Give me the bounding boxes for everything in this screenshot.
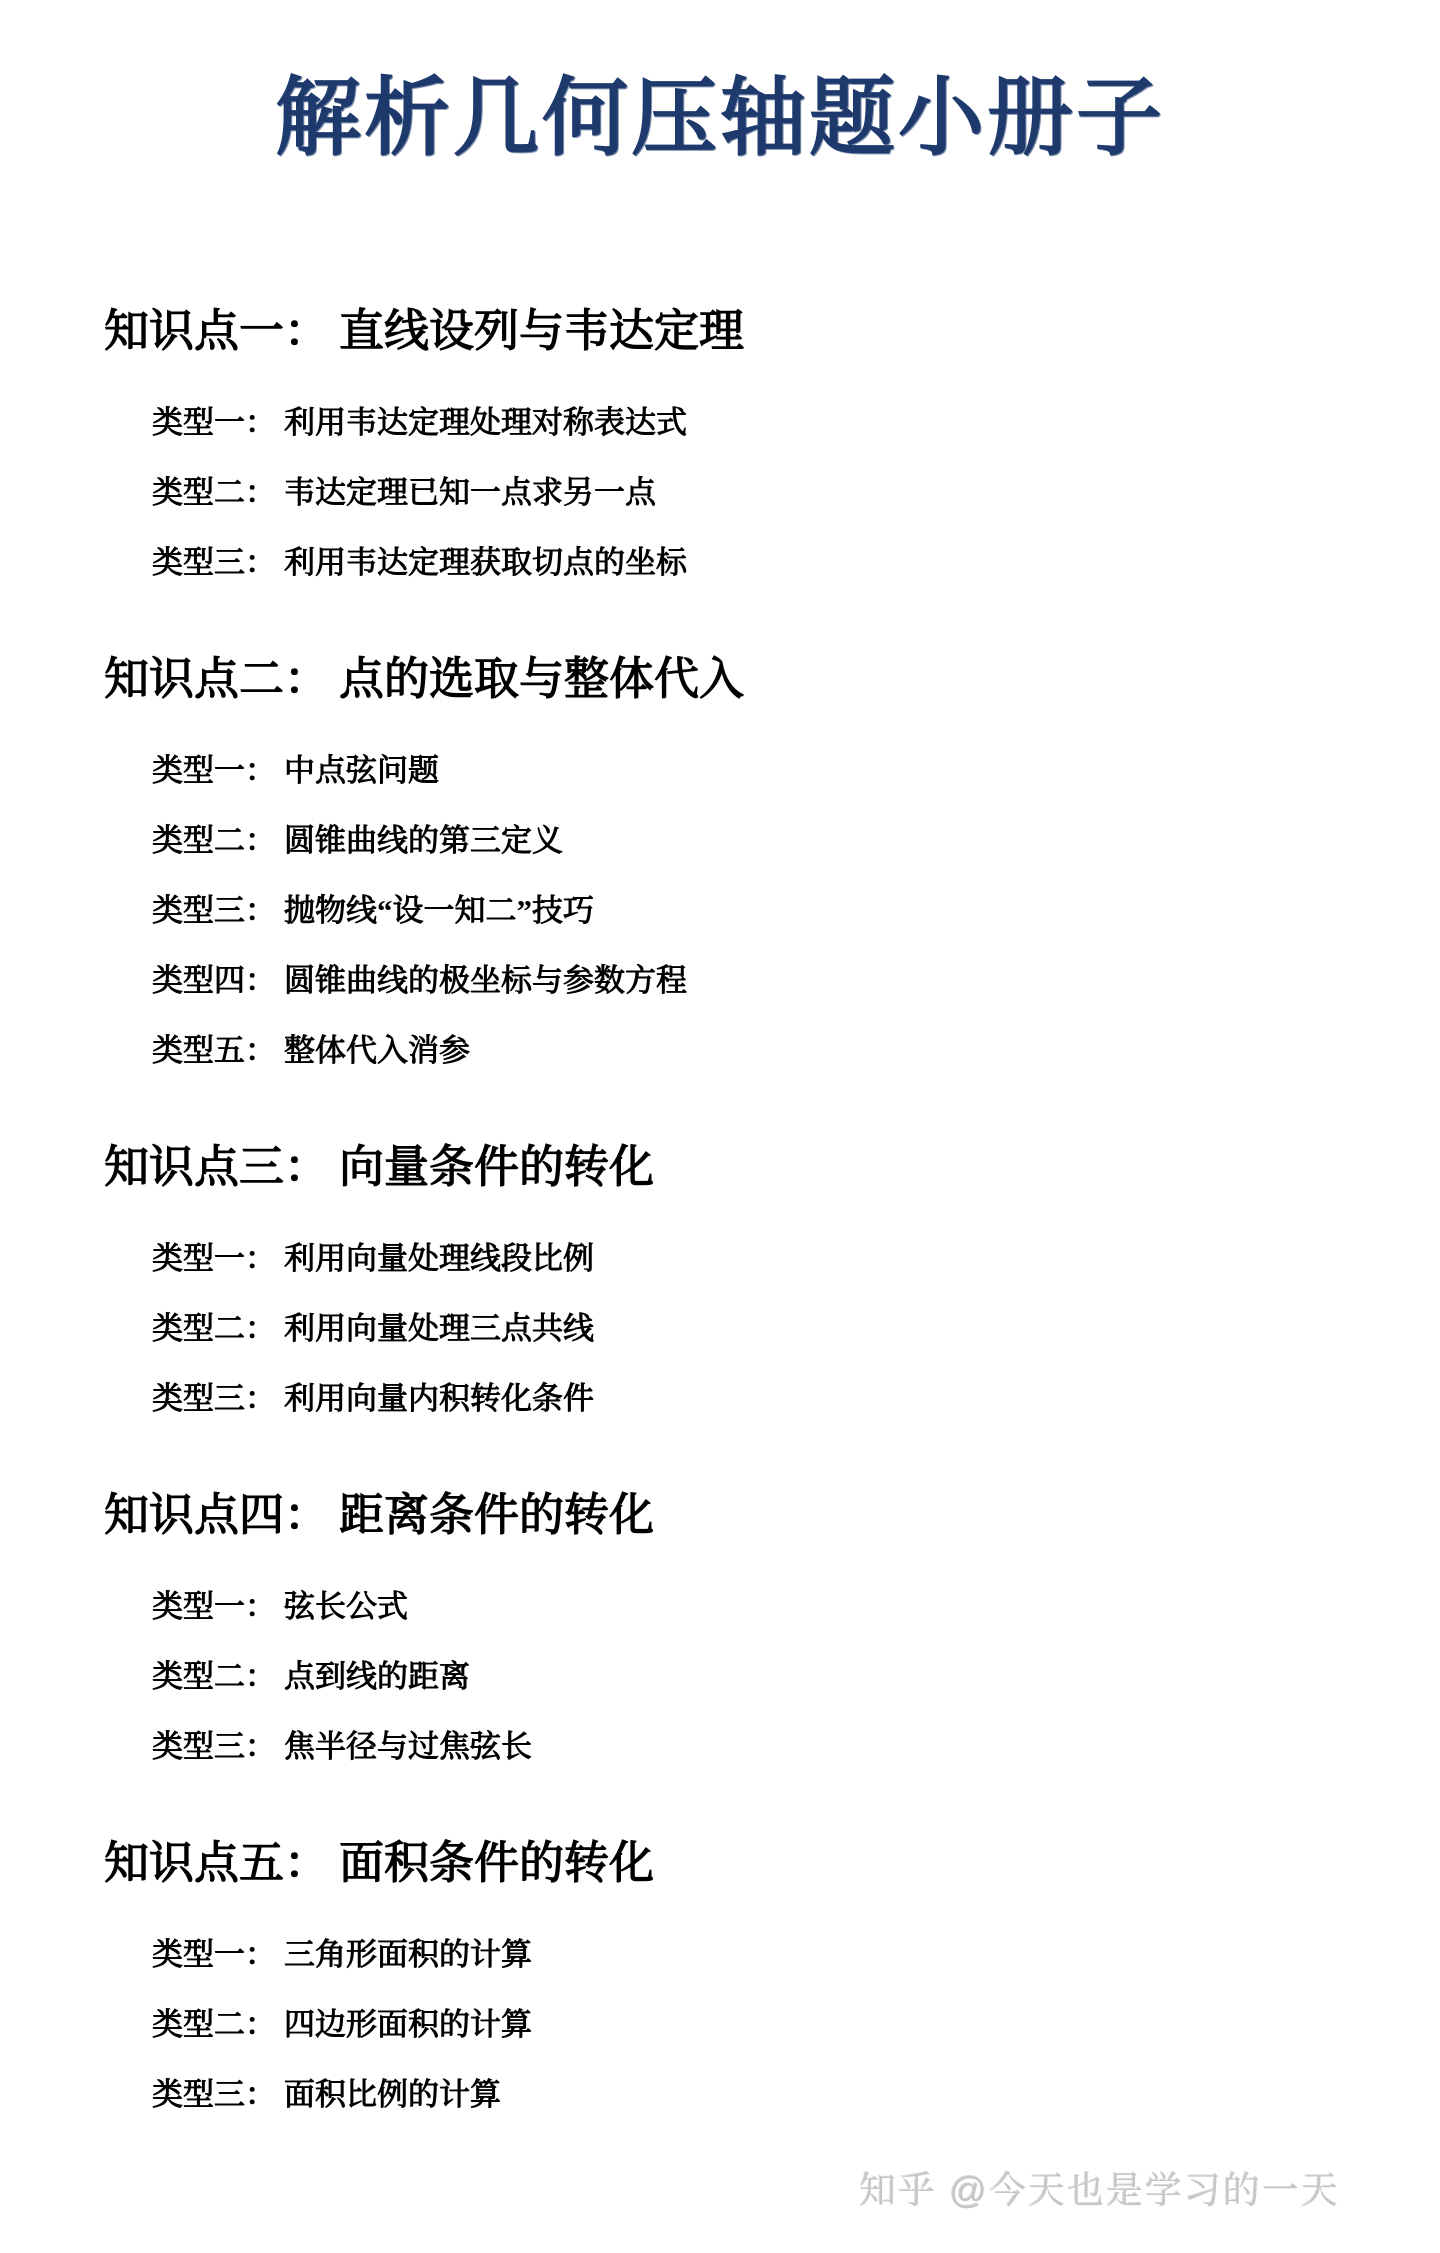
section-heading-title: 面积条件的转化 — [339, 1838, 654, 1888]
toc-item-label: 类型三： — [152, 893, 276, 928]
toc-item-label: 类型三： — [152, 1381, 276, 1416]
toc-item-label: 类型二： — [152, 1311, 276, 1346]
toc-item-text: 三角形面积的计算 — [284, 1937, 532, 1972]
section-heading-label: 知识点三： — [104, 1142, 329, 1192]
section-heading-label: 知识点四： — [104, 1490, 329, 1540]
toc-item-text: 利用向量处理线段比例 — [284, 1241, 594, 1276]
toc-item: 类型二：利用向量处理三点共线 — [152, 1294, 1440, 1364]
section-heading-label: 知识点二： — [104, 654, 329, 704]
toc-item: 类型二：圆锥曲线的第三定义 — [152, 806, 1440, 876]
toc-item-label: 类型二： — [152, 823, 276, 858]
toc-item-text: 四边形面积的计算 — [284, 2007, 532, 2042]
section-knowledge-point-1: 知识点一：直线设列与韦达定理 类型一：利用韦达定理处理对称表达式 类型二：韦达定… — [0, 304, 1440, 598]
toc-item: 类型三：面积比例的计算 — [152, 2060, 1440, 2130]
toc-item-text: 韦达定理已知一点求另一点 — [284, 475, 656, 510]
section-items: 类型一：利用向量处理线段比例 类型二：利用向量处理三点共线 类型三：利用向量内积… — [0, 1224, 1440, 1434]
toc-item: 类型二：四边形面积的计算 — [152, 1990, 1440, 2060]
toc-item: 类型一：中点弦问题 — [152, 736, 1440, 806]
toc-item-label: 类型三： — [152, 1729, 276, 1764]
toc-item: 类型一：弦长公式 — [152, 1572, 1440, 1642]
section-heading: 知识点一：直线设列与韦达定理 — [104, 304, 1440, 358]
toc-item-label: 类型一： — [152, 405, 276, 440]
toc-item: 类型三：焦半径与过焦弦长 — [152, 1712, 1440, 1782]
toc-item: 类型一：利用韦达定理处理对称表达式 — [152, 388, 1440, 458]
toc-item-label: 类型一： — [152, 1241, 276, 1276]
section-knowledge-point-5: 知识点五：面积条件的转化 类型一：三角形面积的计算 类型二：四边形面积的计算 类… — [0, 1836, 1440, 2130]
toc-item: 类型一：利用向量处理线段比例 — [152, 1224, 1440, 1294]
section-heading: 知识点二：点的选取与整体代入 — [104, 652, 1440, 706]
toc-item: 类型一：三角形面积的计算 — [152, 1920, 1440, 1990]
section-knowledge-point-4: 知识点四：距离条件的转化 类型一：弦长公式 类型二：点到线的距离 类型三：焦半径… — [0, 1488, 1440, 1782]
toc-item-text: 圆锥曲线的第三定义 — [284, 823, 563, 858]
toc-item-label: 类型三： — [152, 2077, 276, 2112]
toc-item-label: 类型一： — [152, 1937, 276, 1972]
section-heading-title: 距离条件的转化 — [339, 1490, 654, 1540]
toc-item-text: 抛物线“设一知二”技巧 — [284, 893, 594, 928]
section-heading-label: 知识点五： — [104, 1838, 329, 1888]
toc-item-text: 点到线的距离 — [284, 1659, 470, 1694]
section-heading-title: 点的选取与整体代入 — [339, 654, 744, 704]
section-heading: 知识点三：向量条件的转化 — [104, 1140, 1440, 1194]
toc-item-label: 类型二： — [152, 1659, 276, 1694]
section-heading: 知识点四：距离条件的转化 — [104, 1488, 1440, 1542]
section-items: 类型一：利用韦达定理处理对称表达式 类型二：韦达定理已知一点求另一点 类型三：利… — [0, 388, 1440, 598]
section-items: 类型一：中点弦问题 类型二：圆锥曲线的第三定义 类型三：抛物线“设一知二”技巧 … — [0, 736, 1440, 1086]
toc-item: 类型三：抛物线“设一知二”技巧 — [152, 876, 1440, 946]
section-heading-title: 向量条件的转化 — [339, 1142, 654, 1192]
section-items: 类型一：三角形面积的计算 类型二：四边形面积的计算 类型三：面积比例的计算 — [0, 1920, 1440, 2130]
toc-item-text: 面积比例的计算 — [284, 2077, 501, 2112]
toc-item-text: 利用韦达定理处理对称表达式 — [284, 405, 687, 440]
table-of-contents: 知识点一：直线设列与韦达定理 类型一：利用韦达定理处理对称表达式 类型二：韦达定… — [0, 304, 1440, 2130]
watermark: 知乎 @今天也是学习的一天 — [859, 2166, 1340, 2216]
toc-item-text: 焦半径与过焦弦长 — [284, 1729, 532, 1764]
section-heading-label: 知识点一： — [104, 306, 329, 356]
toc-item-text: 利用韦达定理获取切点的坐标 — [284, 545, 687, 580]
toc-item-label: 类型五： — [152, 1033, 276, 1068]
section-heading: 知识点五：面积条件的转化 — [104, 1836, 1440, 1890]
toc-item-text: 利用向量内积转化条件 — [284, 1381, 594, 1416]
document-title: 解析几何压轴题小册子 — [0, 0, 1440, 170]
toc-item-label: 类型三： — [152, 545, 276, 580]
toc-item-label: 类型四： — [152, 963, 276, 998]
toc-item-label: 类型二： — [152, 475, 276, 510]
section-items: 类型一：弦长公式 类型二：点到线的距离 类型三：焦半径与过焦弦长 — [0, 1572, 1440, 1782]
toc-item-label: 类型二： — [152, 2007, 276, 2042]
toc-item: 类型二：点到线的距离 — [152, 1642, 1440, 1712]
toc-item-text: 中点弦问题 — [284, 753, 439, 788]
section-heading-title: 直线设列与韦达定理 — [339, 306, 744, 356]
toc-item: 类型二：韦达定理已知一点求另一点 — [152, 458, 1440, 528]
toc-item-label: 类型一： — [152, 1589, 276, 1624]
toc-item-label: 类型一： — [152, 753, 276, 788]
toc-item: 类型三：利用向量内积转化条件 — [152, 1364, 1440, 1434]
document-page: { "page": { "background": "#ffffff", "ac… — [0, 0, 1440, 2253]
toc-item-text: 弦长公式 — [284, 1589, 408, 1624]
toc-item-text: 利用向量处理三点共线 — [284, 1311, 594, 1346]
toc-item: 类型三：利用韦达定理获取切点的坐标 — [152, 528, 1440, 598]
toc-item: 类型四：圆锥曲线的极坐标与参数方程 — [152, 946, 1440, 1016]
toc-item-text: 整体代入消参 — [284, 1033, 470, 1068]
toc-item-text: 圆锥曲线的极坐标与参数方程 — [284, 963, 687, 998]
section-knowledge-point-3: 知识点三：向量条件的转化 类型一：利用向量处理线段比例 类型二：利用向量处理三点… — [0, 1140, 1440, 1434]
toc-item: 类型五：整体代入消参 — [152, 1016, 1440, 1086]
section-knowledge-point-2: 知识点二：点的选取与整体代入 类型一：中点弦问题 类型二：圆锥曲线的第三定义 类… — [0, 652, 1440, 1086]
